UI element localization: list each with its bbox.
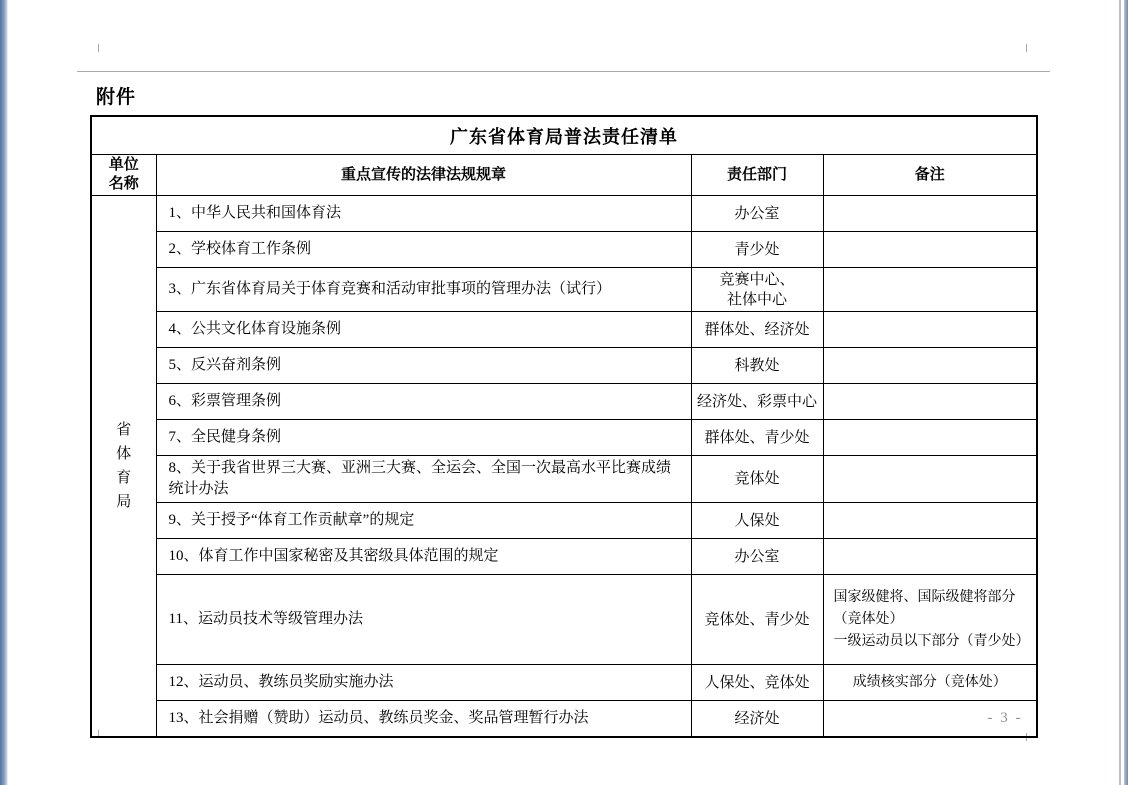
department-cell: 经济处、彩票中心 bbox=[691, 384, 823, 420]
remark-cell bbox=[823, 420, 1037, 456]
remark-cell: 成绩核实部分（竞体处） bbox=[823, 665, 1037, 701]
remark-cell bbox=[823, 384, 1037, 420]
crop-mark-top-right bbox=[1026, 44, 1027, 52]
law-cell: 3、广东省体育局关于体育竞赛和活动审批事项的管理办法（试行） bbox=[156, 268, 691, 312]
law-cell: 2、学校体育工作条例 bbox=[156, 232, 691, 268]
page-number: - 3 - bbox=[960, 710, 1050, 727]
department-cell: 竞体处 bbox=[691, 456, 823, 503]
table-row: 6、彩票管理条例 经济处、彩票中心 bbox=[91, 384, 1037, 420]
table-row: 10、体育工作中国家秘密及其密级具体范围的规定 办公室 bbox=[91, 539, 1037, 575]
department-cell: 竞赛中心、 社体中心 bbox=[691, 268, 823, 312]
header-unit-name: 单位 名称 bbox=[91, 155, 156, 196]
department-cell: 群体处、青少处 bbox=[691, 420, 823, 456]
department-cell: 人保处 bbox=[691, 503, 823, 539]
law-cell: 1、中华人民共和国体育法 bbox=[156, 196, 691, 232]
remark-cell bbox=[823, 268, 1037, 312]
department-cell: 科教处 bbox=[691, 348, 823, 384]
law-cell: 7、全民健身条例 bbox=[156, 420, 691, 456]
header-department: 责任部门 bbox=[691, 155, 823, 196]
table-row: 12、运动员、教练员奖励实施办法 人保处、竞体处 成绩核实部分（竞体处） bbox=[91, 665, 1037, 701]
law-cell: 9、关于授予“体育工作贡献章”的规定 bbox=[156, 503, 691, 539]
table-row: 3、广东省体育局关于体育竞赛和活动审批事项的管理办法（试行） 竞赛中心、 社体中… bbox=[91, 268, 1037, 312]
table-row: 7、全民健身条例 群体处、青少处 bbox=[91, 420, 1037, 456]
department-cell: 办公室 bbox=[691, 539, 823, 575]
header-law: 重点宣传的法律法规规章 bbox=[156, 155, 691, 196]
table-row: 9、关于授予“体育工作贡献章”的规定 人保处 bbox=[91, 503, 1037, 539]
department-cell: 经济处 bbox=[691, 701, 823, 738]
law-cell: 8、关于我省世界三大赛、亚洲三大赛、全运会、全国一次最高水平比赛成绩统计办法 bbox=[156, 456, 691, 503]
table-header-row: 单位 名称 重点宣传的法律法规规章 责任部门 备注 bbox=[91, 155, 1037, 196]
unit-name-cell: 省 体 育 局 bbox=[91, 196, 156, 738]
remark-cell bbox=[823, 503, 1037, 539]
law-cell: 11、运动员技术等级管理办法 bbox=[156, 575, 691, 665]
viewer-left-edge bbox=[0, 0, 8, 785]
table-row: 省 体 育 局 1、中华人民共和国体育法 办公室 bbox=[91, 196, 1037, 232]
law-cell: 4、公共文化体育设施条例 bbox=[156, 312, 691, 348]
law-cell: 10、体育工作中国家秘密及其密级具体范围的规定 bbox=[156, 539, 691, 575]
remark-cell: 国家级健将、国际级健将部分（竞体处） 一级运动员以下部分（青少处） bbox=[823, 575, 1037, 665]
viewer-right-edge bbox=[1124, 0, 1128, 785]
table-row: 2、学校体育工作条例 青少处 bbox=[91, 232, 1037, 268]
law-cell: 12、运动员、教练员奖励实施办法 bbox=[156, 665, 691, 701]
department-cell: 竞体处、青少处 bbox=[691, 575, 823, 665]
crop-mark-top-left bbox=[98, 44, 99, 52]
remark-cell bbox=[823, 539, 1037, 575]
responsibility-table: 广东省体育局普法责任清单 单位 名称 重点宣传的法律法规规章 责任部门 备注 省… bbox=[90, 115, 1038, 738]
remark-cell bbox=[823, 196, 1037, 232]
page-right-edge-line bbox=[1119, 0, 1121, 785]
text-boundary-line bbox=[77, 71, 1050, 72]
remark-cell bbox=[823, 312, 1037, 348]
table-row: 13、社会捐赠（赞助）运动员、教练员奖金、奖品管理暂行办法 经济处 bbox=[91, 701, 1037, 738]
law-cell: 13、社会捐赠（赞助）运动员、教练员奖金、奖品管理暂行办法 bbox=[156, 701, 691, 738]
table-row: 8、关于我省世界三大赛、亚洲三大赛、全运会、全国一次最高水平比赛成绩统计办法 竞… bbox=[91, 456, 1037, 503]
law-cell: 5、反兴奋剂条例 bbox=[156, 348, 691, 384]
table-row: 11、运动员技术等级管理办法 竞体处、青少处 国家级健将、国际级健将部分（竞体处… bbox=[91, 575, 1037, 665]
remark-cell bbox=[823, 348, 1037, 384]
table-row: 5、反兴奋剂条例 科教处 bbox=[91, 348, 1037, 384]
table-title-row: 广东省体育局普法责任清单 bbox=[91, 116, 1037, 155]
remark-cell bbox=[823, 456, 1037, 503]
header-remark: 备注 bbox=[823, 155, 1037, 196]
department-cell: 青少处 bbox=[691, 232, 823, 268]
table-title: 广东省体育局普法责任清单 bbox=[91, 116, 1037, 155]
table-row: 4、公共文化体育设施条例 群体处、经济处 bbox=[91, 312, 1037, 348]
department-cell: 人保处、竞体处 bbox=[691, 665, 823, 701]
law-cell: 6、彩票管理条例 bbox=[156, 384, 691, 420]
attachment-heading: 附件 bbox=[96, 82, 136, 109]
remark-cell bbox=[823, 232, 1037, 268]
department-cell: 群体处、经济处 bbox=[691, 312, 823, 348]
department-cell: 办公室 bbox=[691, 196, 823, 232]
